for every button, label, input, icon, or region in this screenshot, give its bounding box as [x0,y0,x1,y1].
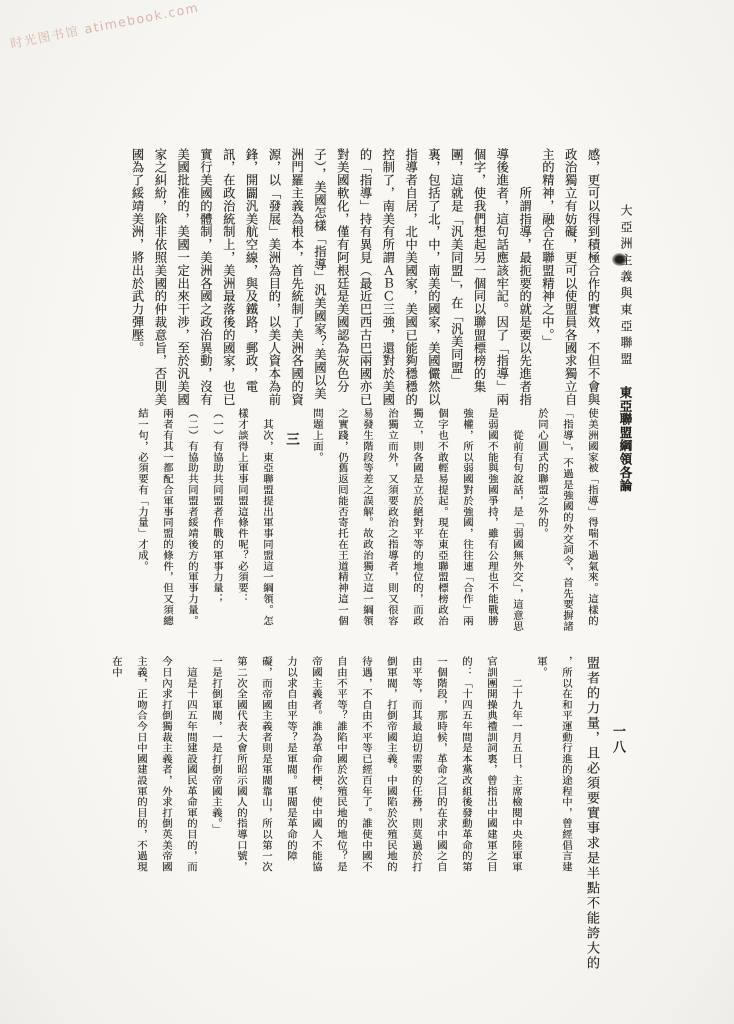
body-paragraph-continuation: 盟者的力量，且必須要實事求是半點不能誇大的 [580,656,604,982]
quote-paragraph: 二十九年一月五日，主席檢閱中央陸軍軍官訓團開操典禮訓詞裏，曾指出中國建軍之目的：… [203,656,528,882]
body-paragraph: 從前有句說話，是「弱國無外交」，這意思是弱國不能與強國爭持，雖有公理也不能戰勝強… [304,408,529,632]
library-watermark: 时光图书馆 atimebook.com [9,0,228,52]
list-item-two: （二）有協助共同盟者綏靖後方的軍事力量。 [179,408,204,632]
body-paragraph-continuation: ，所以在和平運動行進的途程中，曾經倡言建軍。 [528,656,578,882]
text-band-upper: 感，更可以得到積極合作的實效，不但不會與政治獨立有妨礙，更可以使盟員各國求獨立自… [124,148,604,406]
body-paragraph-continuation: 使美洲國家被「指導」得喘不過氣來。這樣的「指導」，不過是強國的外交詞令，首先要摒… [529,408,604,632]
page-number: 一八 [606,724,628,764]
ink-smudge [612,253,627,266]
body-paragraph: 兩者有其一都配合軍事同盟的條件，但又須總結一句，必須要有「力量」才成。 [129,408,179,632]
body-paragraph: 其次，東亞聯盟提出軍事同盟這一綱領。怎樣才談得上軍事同盟這條件呢？必須要： [229,408,279,632]
text-band-middle: 使美洲國家被「指導」得喘不過氣來。這樣的「指導」，不過是強國的外交詞令，首先要摒… [126,408,604,632]
body-paragraph: 這是十四五年間建設國民革命軍的目的，而今日內求打倒獨裁主義者，外求打倒英美帝國主… [103,656,203,882]
text-band-lower-first-column: 盟者的力量，且必須要實事求是半點不能誇大的 [578,656,604,982]
section-number-heading: 三 [279,408,304,632]
running-book-title: 大亞洲主義與東亞聯盟 [613,204,635,374]
list-item-one: （一）有協助共同盟者作戰的軍事力量； [204,408,229,632]
text-band-lower: ，所以在和平運動行進的途程中，曾經倡言建軍。 二十九年一月五日，主席檢閱中央陸軍… [124,656,578,882]
scanned-book-page: 时光图书馆 atimebook.com 大亞洲主義與東亞聯盟 東亞聯盟綱領各論 … [0,0,734,1024]
running-chapter-title: 東亞聯盟綱領各論 [612,386,634,498]
body-paragraph: 所謂指導，最扼要的就是要以先進者指導後進者，這句話應該牢記。因了「指導」兩個字，… [125,148,535,406]
body-paragraph-continuation: 感，更可以得到積極合作的實效，不但不會與政治獨立有妨礙，更可以使盟員各國求獨立自… [536,148,604,406]
